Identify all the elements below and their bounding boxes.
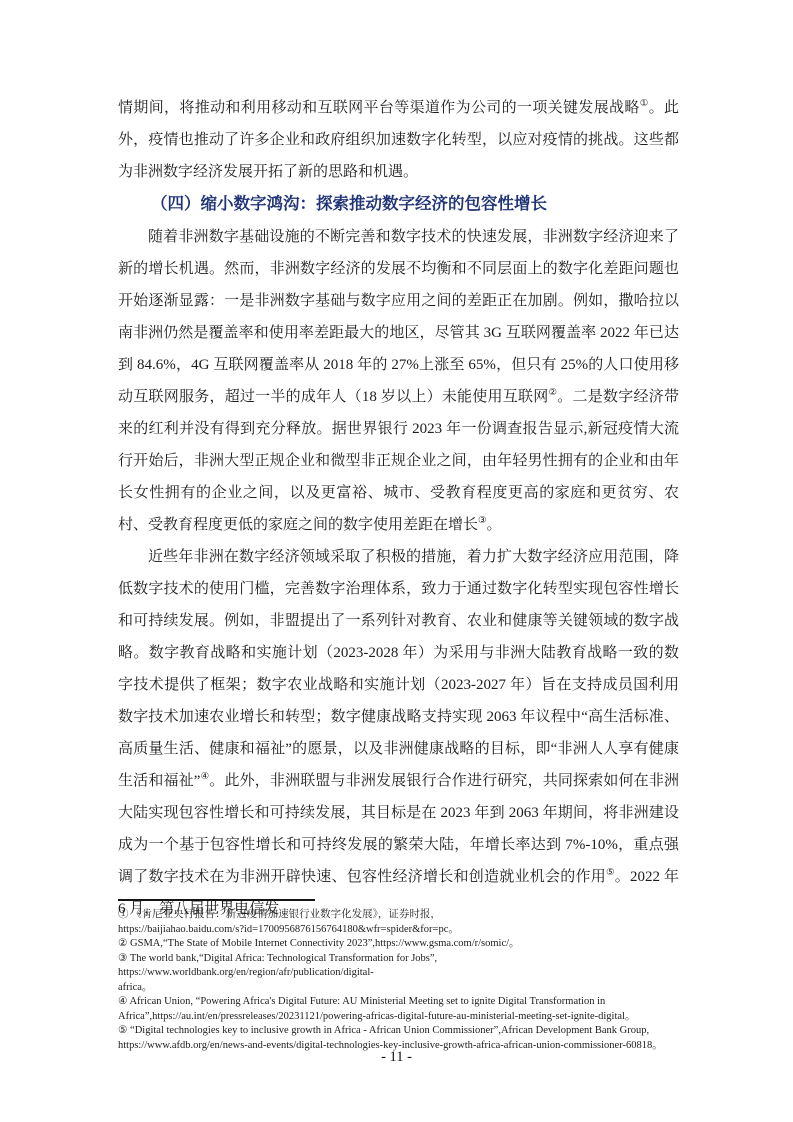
paragraph-measures: 近些年非洲在数字经济领域采取了积极的措施，着力扩大数字经济应用范围，降低数字技术… bbox=[118, 541, 679, 925]
footnote-marker: ① bbox=[118, 909, 131, 920]
footnote-item: ③ The world bank,“Digital Africa: Techno… bbox=[118, 952, 683, 996]
footnote-marker: ⑤ bbox=[118, 1025, 130, 1036]
footnote-area: ① 《肯尼亚央行报告：新冠疫情加速银行业数字化发展》，证券时报， https:/… bbox=[118, 899, 683, 1053]
text-run: 。此外，非洲联盟与非洲发展银行合作进行研究，共同探索如何在非洲大陆实现包容性增长… bbox=[118, 773, 679, 885]
text-run: 情期间，将推动和利用移动和互联网平台等渠道作为公司的一项关键发展战略 bbox=[118, 100, 640, 116]
footnote-text: African Union, “Powering Africa's Digita… bbox=[118, 996, 635, 1022]
footnote-ref: ④ bbox=[200, 772, 209, 782]
page-number: - 11 - bbox=[0, 1049, 793, 1066]
footnote-separator bbox=[118, 899, 315, 901]
footnote-item: ④ African Union, “Powering Africa's Digi… bbox=[118, 995, 683, 1024]
footnote-text: “Digital technologies key to inclusive g… bbox=[118, 1025, 663, 1051]
footnote-marker: ③ bbox=[118, 953, 130, 964]
text-run: 。 bbox=[487, 517, 502, 533]
document-page: 情期间，将推动和利用移动和互联网平台等渠道作为公司的一项关键发展战略①。此外，疫… bbox=[0, 0, 793, 1122]
paragraph-continued: 情期间，将推动和利用移动和互联网平台等渠道作为公司的一项关键发展战略①。此外，疫… bbox=[118, 92, 679, 188]
footnote-ref: ⑤ bbox=[606, 868, 615, 878]
footnote-text: GSMA,“The State of Mobile Internet Conne… bbox=[130, 938, 520, 949]
page-content: 情期间，将推动和利用移动和互联网平台等渠道作为公司的一项关键发展战略①。此外，疫… bbox=[118, 92, 679, 925]
footnote-marker: ④ bbox=[118, 996, 129, 1007]
footnote-ref: ③ bbox=[478, 516, 487, 526]
text-run: 近些年非洲在数字经济领域采取了积极的措施，着力扩大数字经济应用范围，降低数字技术… bbox=[118, 549, 679, 789]
footnote-ref: ① bbox=[640, 99, 649, 109]
footnote-ref: ② bbox=[549, 388, 558, 398]
footnote-item: ① 《肯尼亚央行报告：新冠疫情加速银行业数字化发展》，证券时报， https:/… bbox=[118, 908, 683, 937]
footnote-marker: ② bbox=[118, 938, 130, 949]
footnote-list: ① 《肯尼亚央行报告：新冠疫情加速银行业数字化发展》，证券时报， https:/… bbox=[118, 908, 683, 1053]
section-heading: （四）缩小数字鸿沟：探索推动数字经济的包容性增长 bbox=[118, 188, 679, 221]
footnote-text: 《肯尼亚央行报告：新冠疫情加速银行业数字化发展》，证券时报， https://b… bbox=[118, 909, 459, 935]
footnote-text: The world bank,“Digital Africa: Technolo… bbox=[118, 953, 440, 993]
text-run: 。二是数字经济带来的红利并没有得到充分释放。据世界银行 2023 年一份调查报告… bbox=[118, 389, 679, 533]
paragraph-digital-divide: 随着非洲数字基础设施的不断完善和数字技术的快速发展，非洲数字经济迎来了新的增长机… bbox=[118, 221, 679, 541]
text-run: 随着非洲数字基础设施的不断完善和数字技术的快速发展，非洲数字经济迎来了新的增长机… bbox=[118, 229, 679, 405]
footnote-item: ② GSMA,“The State of Mobile Internet Con… bbox=[118, 937, 683, 952]
